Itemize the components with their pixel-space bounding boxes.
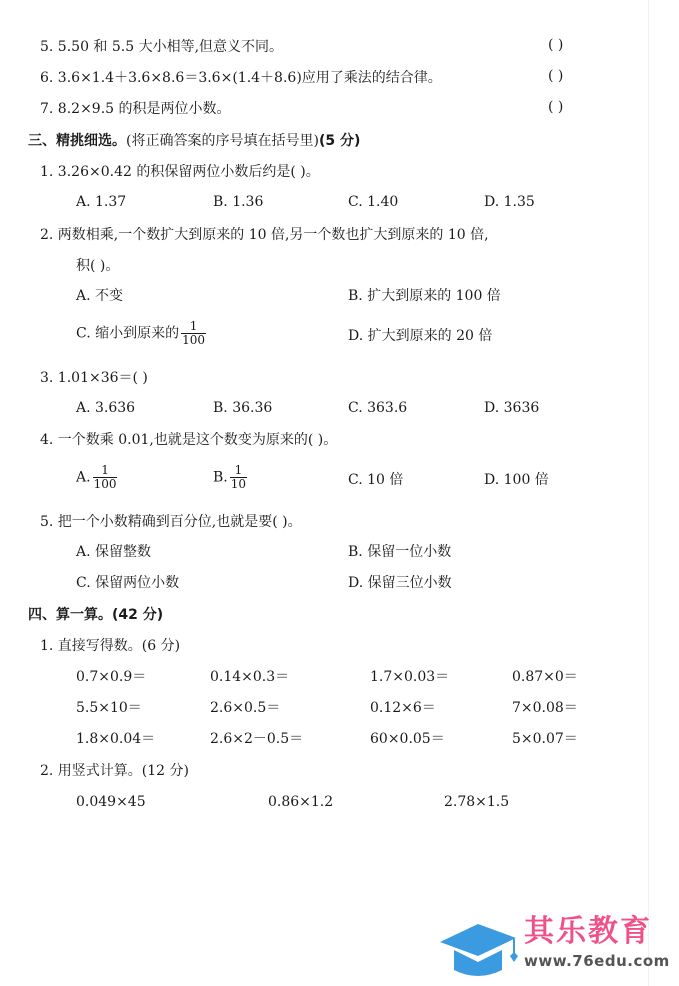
mental-calc-item: 5.5×10＝ <box>76 698 142 718</box>
mc-q5-option-d: D. 保留三位小数 <box>348 573 452 593</box>
mc-q4-option-c: C. 10 倍 <box>348 470 403 490</box>
mental-calc-item: 0.12×6＝ <box>370 698 436 718</box>
mc-question-1: 1. 3.26×0.42 的积保留两位小数后约是( )。 <box>40 162 320 182</box>
sub-question-2-title: 2. 用竖式计算。(12 分) <box>40 761 189 781</box>
answer-bracket-5: ( ) <box>548 37 563 53</box>
section-4-title: 四、算一算。 <box>28 607 112 623</box>
mc-q5-option-a: A. 保留整数 <box>76 542 151 562</box>
mental-calc-item: 7×0.08＝ <box>512 698 578 718</box>
mc-q2-option-c-label: C. 缩小到原来的 <box>76 326 179 342</box>
mc-q3-option-a: A. 3.636 <box>76 398 135 418</box>
answer-bracket-6: ( ) <box>548 68 563 84</box>
mental-calc-item: 0.87×0＝ <box>512 667 578 687</box>
mc-question-2: 2. 两数相乘,一个数扩大到原来的 10 倍,另一个数也扩大到原来的 10 倍, <box>40 225 489 245</box>
mental-calc-item: 0.7×0.9＝ <box>76 667 146 687</box>
mc-q1-option-d: D. 1.35 <box>484 192 535 212</box>
mc-q2-option-d: D. 扩大到原来的 20 倍 <box>348 326 492 346</box>
section-4-score: (42 分) <box>112 607 163 623</box>
mc-question-5: 5. 把一个小数精确到百分位,也就是要( )。 <box>40 512 302 532</box>
mc-q1-option-a: A. 1.37 <box>76 192 126 212</box>
mental-calc-item: 1.8×0.04＝ <box>76 729 155 749</box>
section-3-score: (5 分) <box>319 133 360 149</box>
mental-calc-item: 0.14×0.3＝ <box>210 667 289 687</box>
page-edge <box>648 0 649 986</box>
sub-question-1-title: 1. 直接写得数。(6 分) <box>40 636 180 656</box>
mental-calc-item: 2.6×2－0.5＝ <box>210 729 303 749</box>
answer-bracket-7: ( ) <box>548 99 563 115</box>
judge-item-6: 6. 3.6×1.4＋3.6×8.6＝3.6×(1.4＋8.6)应用了乘法的结合… <box>40 68 442 88</box>
mc-question-3: 3. 1.01×36＝( ) <box>40 368 148 388</box>
mc-q3-option-d: D. 3636 <box>484 398 539 418</box>
judge-item-7: 7. 8.2×9.5 的积是两位小数。 <box>40 99 231 119</box>
section-3-heading: 三、精挑细选。(将正确答案的序号填在括号里)(5 分) <box>28 131 360 151</box>
section-3-note: (将正确答案的序号填在括号里) <box>126 133 319 149</box>
mc-q1-option-b: B. 1.36 <box>213 192 263 212</box>
mental-calc-item: 1.7×0.03＝ <box>370 667 449 687</box>
fraction-1-100: 1100 <box>181 320 206 347</box>
mc-q5-option-c: C. 保留两位小数 <box>76 573 179 593</box>
mc-q4-option-b: B.110 <box>213 464 247 491</box>
mc-question-2-cont: 积( )。 <box>76 256 119 276</box>
vertical-calc-item: 0.86×1.2 <box>268 792 333 812</box>
brand-logo: 其乐教育 www.76edu.com <box>436 914 676 980</box>
section-4-heading: 四、算一算。(42 分) <box>28 605 163 625</box>
logo-url: www.76edu.com <box>524 952 670 970</box>
mc-q3-option-b: B. 36.36 <box>213 398 272 418</box>
mc-q4-option-a: A.1100 <box>76 464 117 491</box>
mental-calc-item: 60×0.05＝ <box>370 729 445 749</box>
vertical-calc-item: 0.049×45 <box>76 792 146 812</box>
mc-q3-option-c: C. 363.6 <box>348 398 407 418</box>
mc-q5-option-b: B. 保留一位小数 <box>348 542 451 562</box>
mc-q1-option-c: C. 1.40 <box>348 192 398 212</box>
graduation-cap-icon <box>436 916 522 980</box>
mc-question-4: 4. 一个数乘 0.01,也就是这个数变为原来的( )。 <box>40 430 337 450</box>
fraction-1-100: 1100 <box>93 464 118 491</box>
section-3-title: 三、精挑细选。 <box>28 133 126 149</box>
mental-calc-item: 2.6×0.5＝ <box>210 698 280 718</box>
mental-calc-item: 5×0.07＝ <box>512 729 578 749</box>
mc-q2-option-c: C. 缩小到原来的1100 <box>76 320 206 347</box>
mc-q2-option-b: B. 扩大到原来的 100 倍 <box>348 286 501 306</box>
vertical-calc-item: 2.78×1.5 <box>444 792 509 812</box>
judge-item-5: 5. 5.50 和 5.5 大小相等,但意义不同。 <box>40 37 283 57</box>
mc-q2-option-a: A. 不变 <box>76 286 123 306</box>
logo-title: 其乐教育 <box>524 914 652 950</box>
fraction-1-10: 110 <box>230 464 247 491</box>
mc-q4-option-d: D. 100 倍 <box>484 470 549 490</box>
